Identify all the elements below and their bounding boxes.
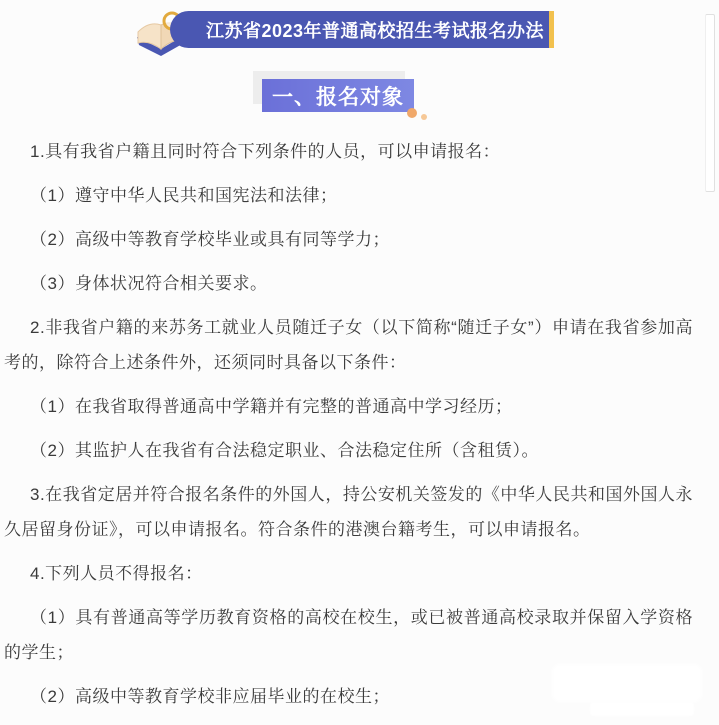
paragraph: （3）身体状况符合相关要求。 xyxy=(4,266,693,301)
paragraph: （1）在我省取得普通高中学籍并有完整的普通高中学习经历； xyxy=(4,389,693,424)
page-title: 江苏省2023年普通高校招生考试报名办法 xyxy=(206,17,544,43)
article-body: 1.具有我省户籍且同时符合下列条件的人员，可以申请报名： （1）遵守中华人民共和… xyxy=(0,134,719,723)
paragraph: 1.具有我省户籍且同时符合下列条件的人员，可以申请报名： xyxy=(4,134,693,169)
paragraph: （2）其监护人在我省有合法稳定职业、合法稳定住所（含租赁）。 xyxy=(4,433,693,468)
banner-accent-stripe xyxy=(549,11,554,48)
paragraph: 2.非我省户籍的来苏务工就业人员随迁子女（以下简称“随迁子女”）申请在我省参加高… xyxy=(4,310,693,380)
paragraph: （1）遵守中华人民共和国宪法和法律； xyxy=(4,178,693,213)
section-heading-text: 一、报名对象 xyxy=(272,81,404,111)
decor-dot-small xyxy=(421,114,427,120)
title-banner: 江苏省2023年普通高校招生考试报名办法 xyxy=(170,11,549,48)
section-heading: 一、报名对象 xyxy=(262,79,414,112)
scrollbar[interactable] xyxy=(705,14,715,192)
paragraph: 3.在我省定居并符合报名条件的外国人，持公安机关签发的《中华人民共和国外国人永久… xyxy=(4,477,693,547)
paragraph: （2）高级中等教育学校非应届毕业的在校生； xyxy=(4,679,693,714)
paragraph: （1）具有普通高等学历教育资格的高校在校生，或已被普通高校录取并保留入学资格的学… xyxy=(4,600,693,670)
decor-dot-large xyxy=(407,108,417,118)
article-page: 江苏省2023年普通高校招生考试报名办法 一、报名对象 1.具有我省户籍且同时符… xyxy=(0,0,719,725)
paragraph: （2）高级中等教育学校毕业或具有同等学力； xyxy=(4,222,693,257)
paragraph: 4.下列人员不得报名： xyxy=(4,556,693,591)
